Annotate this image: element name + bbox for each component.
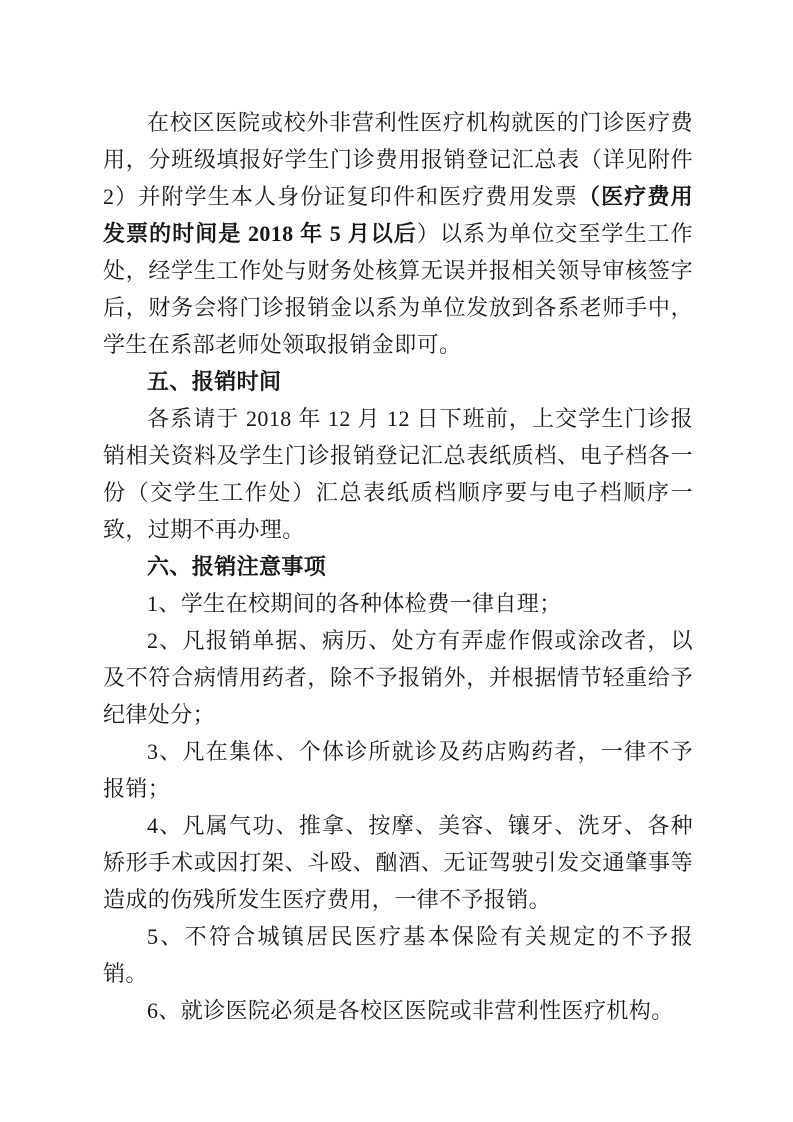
paragraph: 2、凡报销单据、病历、处方有弄虚作假或涂改者，以及不符合病情用药者，除不予报销外… <box>103 622 693 733</box>
text-run: 各系请于 2018 年 12 月 12 日下班前，上交学生门诊报销相关资料及学生… <box>103 406 693 542</box>
text-run: 1、学生在校期间的各种体检费一律自理； <box>147 591 562 616</box>
section-heading: 六、报销注意事项 <box>103 548 693 585</box>
paragraph: 1、学生在校期间的各种体检费一律自理； <box>103 585 693 622</box>
paragraph: 6、就诊医院必须是各校区医院或非营利性医疗机构。 <box>103 992 693 1029</box>
paragraph: 各系请于 2018 年 12 月 12 日下班前，上交学生门诊报销相关资料及学生… <box>103 400 693 548</box>
paragraph: 在校区医院或校外非营利性医疗机构就医的门诊医疗费用，分班级填报好学生门诊费用报销… <box>103 104 693 363</box>
document-content: 在校区医院或校外非营利性医疗机构就医的门诊医疗费用，分班级填报好学生门诊费用报销… <box>103 104 693 1029</box>
text-run: 6、就诊医院必须是各校区医院或非营利性医疗机构。 <box>147 998 674 1023</box>
paragraph: 4、凡属气功、推拿、按摩、美容、镶牙、洗牙、各种矫形手术或因打架、斗殴、酗酒、无… <box>103 807 693 918</box>
paragraph: 5、不符合城镇居民医疗基本保险有关规定的不予报销。 <box>103 918 693 992</box>
paragraph: 3、凡在集体、个体诊所就诊及药店购药者，一律不予报销； <box>103 733 693 807</box>
text-run: 2、凡报销单据、病历、处方有弄虚作假或涂改者，以及不符合病情用药者，除不予报销外… <box>103 628 693 727</box>
text-run: 5、不符合城镇居民医疗基本保险有关规定的不予报销。 <box>103 924 693 986</box>
bold-text-run: 五、报销时间 <box>147 369 281 394</box>
document-page: 在校区医院或校外非营利性医疗机构就医的门诊医疗费用，分班级填报好学生门诊费用报销… <box>0 0 793 1122</box>
text-run: 4、凡属气功、推拿、按摩、美容、镶牙、洗牙、各种矫形手术或因打架、斗殴、酗酒、无… <box>103 813 693 912</box>
section-heading: 五、报销时间 <box>103 363 693 400</box>
text-run: 3、凡在集体、个体诊所就诊及药店购药者，一律不予报销； <box>103 739 693 801</box>
bold-text-run: 六、报销注意事项 <box>147 554 326 579</box>
